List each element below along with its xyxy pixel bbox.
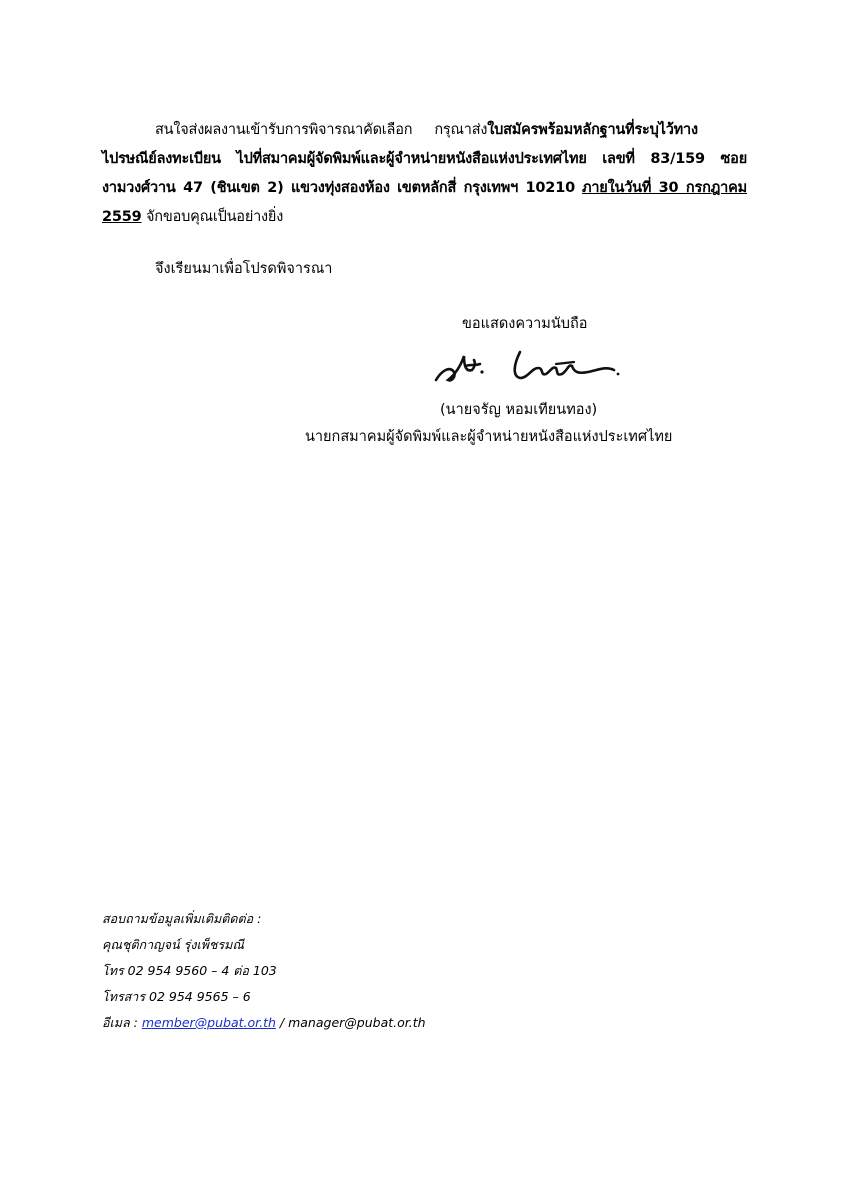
email-link-member[interactable]: member@pubat.or.th <box>142 1015 276 1030</box>
email-separator: / <box>276 1015 288 1030</box>
signer-name: (นายจรัญ หอมเทียนทอง) <box>440 398 597 421</box>
thanks-text: จักขอบคุณเป็นอย่างยิ่ง <box>146 209 283 225</box>
contact-person: คุณชุติกาญจน์ รุ่งเพ็ชรมณี <box>102 932 426 958</box>
contact-phone: โทร 02 954 9560 – 4 ต่อ 103 <box>102 958 426 984</box>
email-manager: manager@pubat.or.th <box>288 1015 425 1030</box>
contact-email-line: อีเมล : member@pubat.or.th / manager@pub… <box>102 1010 426 1036</box>
letter-page: สนใจส่งผลงานเข้ารับการพิจารณาคัดเลือกกรุ… <box>0 0 848 1200</box>
email-label: อีเมล : <box>102 1015 142 1030</box>
closing-line: จึงเรียนมาเพื่อโปรดพิจารณา <box>155 257 332 280</box>
intro-text: สนใจส่งผลงานเข้ารับการพิจารณาคัดเลือก <box>155 122 412 138</box>
body-paragraph: สนใจส่งผลงานเข้ารับการพิจารณาคัดเลือกกรุ… <box>102 116 747 232</box>
respect-line: ขอแสดงความนับถือ <box>462 312 587 335</box>
contact-fax: โทรสาร 02 954 9565 – 6 <box>102 984 426 1010</box>
signature-image <box>428 342 628 390</box>
contact-block: สอบถามข้อมูลเพิ่มเติมติดต่อ : คุณชุติกาญ… <box>102 906 426 1036</box>
signer-title: นายกสมาคมผู้จัดพิมพ์และผู้จำหน่ายหนังสือ… <box>305 425 672 448</box>
request-text: กรุณาส่ง <box>434 122 487 138</box>
contact-heading: สอบถามข้อมูลเพิ่มเติมติดต่อ : <box>102 906 426 932</box>
